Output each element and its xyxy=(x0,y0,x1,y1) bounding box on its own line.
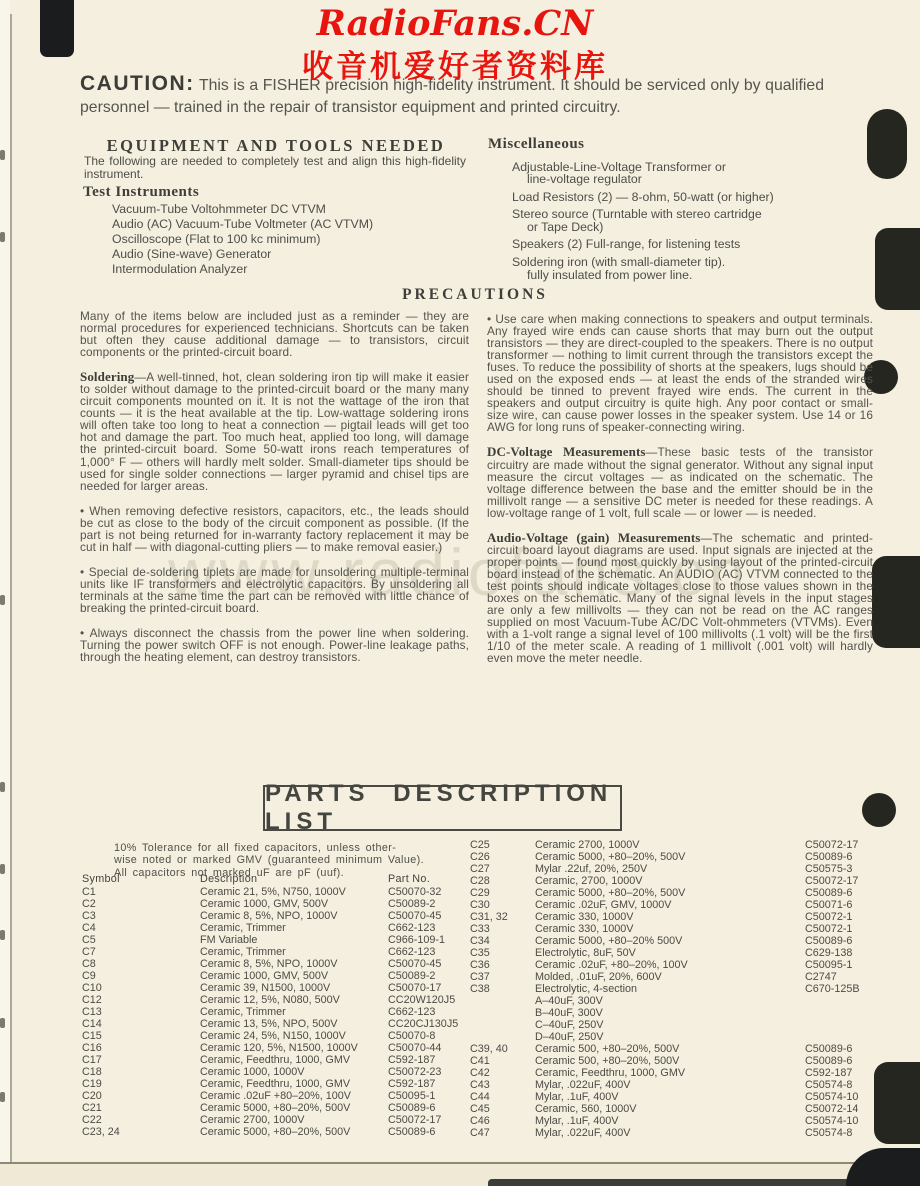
part-description: Ceramic 330, 1000V xyxy=(535,911,805,923)
part-description: Mylar, .1uF, 400V xyxy=(535,1115,805,1127)
part-number: C629-138 xyxy=(805,947,874,959)
part-number: C592-187 xyxy=(388,1078,470,1090)
part-number xyxy=(805,995,874,1007)
part-symbol: C10 xyxy=(82,982,200,994)
part-description: Ceramic 21, 5%, N750, 1000V xyxy=(200,886,388,898)
part-description: Mylar, .1uF, 400V xyxy=(535,1091,805,1103)
part-symbol: C45 xyxy=(470,1103,535,1115)
test-instrument-item: Vacuum-Tube Voltohmmeter DC VTVM xyxy=(112,202,462,217)
precaution-paragraph: DC-Voltage Measurements—These basic test… xyxy=(487,446,873,518)
part-number: C50089-2 xyxy=(388,898,470,910)
part-number: C50095-1 xyxy=(805,959,874,971)
part-description: Ceramic, Feedthru, 1000, GMV xyxy=(535,1067,805,1079)
paragraph-text: • Special de-soldering tiplets are made … xyxy=(80,565,469,615)
part-description: Ceramic 1000, 1000V xyxy=(200,1066,388,1078)
binder-mark-right-2 xyxy=(875,228,920,310)
part-description: Ceramic 330, 1000V xyxy=(535,923,805,935)
part-symbol: C39, 40 xyxy=(470,1043,535,1055)
parts-row: C36 Ceramic .02uF, +80–20%, 100V C50095-… xyxy=(470,959,874,971)
parts-row: B–40uF, 300V xyxy=(470,1007,874,1019)
paragraph-text: Many of the items below are included jus… xyxy=(80,309,469,359)
part-symbol: C7 xyxy=(82,946,200,958)
precaution-paragraph: Many of the items below are included jus… xyxy=(80,310,469,358)
paragraph-text: —These basic tests of the transistor cir… xyxy=(487,445,873,519)
part-description: Ceramic 2700, 1000V xyxy=(535,839,805,851)
part-number: C662-123 xyxy=(388,922,470,934)
part-symbol: C13 xyxy=(82,1006,200,1018)
part-description: Ceramic 24, 5%, N150, 1000V xyxy=(200,1030,388,1042)
parts-row: C46 Mylar, .1uF, 400V C50574-10 xyxy=(470,1115,874,1127)
part-description: Ceramic .02uF +80–20%, 100V xyxy=(200,1090,388,1102)
scan-edge-mark xyxy=(0,1018,5,1028)
part-number: C50575-3 xyxy=(805,863,874,875)
part-number: C50089-6 xyxy=(805,887,874,899)
part-description: Ceramic, Trimmer xyxy=(200,1006,388,1018)
miscellaneous-list: Adjustable-Line-Voltage Transformer orli… xyxy=(512,156,878,281)
parts-row: C22 Ceramic 2700, 1000V C50072-17 xyxy=(82,1114,470,1126)
caution-paragraph: CAUTION: This is a FISHER precision high… xyxy=(80,73,824,118)
parts-row: C38 Electrolytic, 4-section C670-125B xyxy=(470,983,874,995)
part-number: C50070-45 xyxy=(388,958,470,970)
paragraph-text: —The schematic and printed-circuit board… xyxy=(487,531,873,665)
part-symbol: C1 xyxy=(82,886,200,898)
parts-row: C–40uF, 250V xyxy=(470,1019,874,1031)
part-description: Ceramic 5000, +80–20%, 500V xyxy=(535,887,805,899)
parts-row: C37 Molded, .01uF, 20%, 600V C2747 xyxy=(470,971,874,983)
parts-row: C44 Mylar, .1uF, 400V C50574-10 xyxy=(470,1091,874,1103)
precaution-paragraph: • When removing defective resistors, cap… xyxy=(80,505,469,553)
parts-row: C17 Ceramic, Feedthru, 1000, GMV C592-18… xyxy=(82,1054,470,1066)
part-number: C50070-8 xyxy=(388,1030,470,1042)
page-left-edge-line xyxy=(10,14,12,1162)
parts-row: C35 Electrolytic, 8uF, 50V C629-138 xyxy=(470,947,874,959)
parts-row: C27 Mylar .22uf, 20%, 250V C50575-3 xyxy=(470,863,874,875)
part-symbol: C14 xyxy=(82,1018,200,1030)
part-symbol: C5 xyxy=(82,934,200,946)
part-symbol: C37 xyxy=(470,971,535,983)
part-symbol: C8 xyxy=(82,958,200,970)
part-description: Ceramic .02uF, GMV, 1000V xyxy=(535,899,805,911)
parts-row: C19 Ceramic, Feedthru, 1000, GMV C592-18… xyxy=(82,1078,470,1090)
part-number: C50574-8 xyxy=(805,1079,874,1091)
part-symbol: C18 xyxy=(82,1066,200,1078)
part-number: C50071-6 xyxy=(805,899,874,911)
miscellaneous-item: line-voltage regulator xyxy=(512,173,878,186)
part-description: Mylar, .022uF, 400V xyxy=(535,1079,805,1091)
test-instruments-title: Test Instruments xyxy=(83,184,199,201)
part-symbol: C41 xyxy=(470,1055,535,1067)
part-symbol xyxy=(470,1007,535,1019)
part-symbol: C20 xyxy=(82,1090,200,1102)
header-description: Description xyxy=(200,873,388,885)
test-instruments-list: Vacuum-Tube Voltohmmeter DC VTVMAudio (A… xyxy=(112,202,462,277)
part-description: Ceramic 8, 5%, NPO, 1000V xyxy=(200,910,388,922)
parts-row: C5 FM Variable C966-109-1 xyxy=(82,934,470,946)
part-number: CC20CJ130J5 xyxy=(388,1018,470,1030)
part-number: C50089-6 xyxy=(805,935,874,947)
part-number: C2747 xyxy=(805,971,874,983)
parts-row: A–40uF, 300V xyxy=(470,995,874,1007)
parts-note-line: wise noted or marked GMV (guaranteed min… xyxy=(114,854,424,866)
binder-mark-bottom-right xyxy=(846,1148,920,1186)
part-symbol: C44 xyxy=(470,1091,535,1103)
parts-row: C42 Ceramic, Feedthru, 1000, GMV C592-18… xyxy=(470,1067,874,1079)
part-description: Ceramic 12, 5%, N080, 500V xyxy=(200,994,388,1006)
miscellaneous-item: Speakers (2) Full-range, for listening t… xyxy=(512,238,878,251)
part-number: C50095-1 xyxy=(388,1090,470,1102)
parts-row: C34 Ceramic 5000, +80–20% 500V C50089-6 xyxy=(470,935,874,947)
part-number: C50574-8 xyxy=(805,1127,874,1139)
parts-row: C30 Ceramic .02uF, GMV, 1000V C50071-6 xyxy=(470,899,874,911)
part-description: Ceramic, Trimmer xyxy=(200,946,388,958)
part-symbol: C36 xyxy=(470,959,535,971)
test-instrument-item: Audio (Sine-wave) Generator xyxy=(112,247,462,262)
parts-row: C7 Ceramic, Trimmer C662-123 xyxy=(82,946,470,958)
test-instrument-item: Audio (AC) Vacuum-Tube Voltmeter (AC VTV… xyxy=(112,217,462,232)
part-description: Ceramic 1000, GMV, 500V xyxy=(200,970,388,982)
binder-mark-right-6 xyxy=(874,1062,920,1144)
part-symbol: C35 xyxy=(470,947,535,959)
part-number: C50070-17 xyxy=(388,982,470,994)
part-description: Molded, .01uF, 20%, 600V xyxy=(535,971,805,983)
miscellaneous-item: Soldering iron (with small-diameter tip)… xyxy=(512,256,878,269)
part-number: C50574-10 xyxy=(805,1115,874,1127)
part-description: Ceramic 5000, +80–20%, 500V xyxy=(535,851,805,863)
part-number: C50072-1 xyxy=(805,911,874,923)
test-instrument-item: Oscilloscope (Flat to 100 kc minimum) xyxy=(112,232,462,247)
part-description: Ceramic 39, N1500, 1000V xyxy=(200,982,388,994)
equipment-intro: The following are needed to completely t… xyxy=(84,155,466,181)
parts-row: C9 Ceramic 1000, GMV, 500V C50089-2 xyxy=(82,970,470,982)
part-symbol: C4 xyxy=(82,922,200,934)
part-number: C50089-6 xyxy=(805,1043,874,1055)
parts-row: C41 Ceramic 500, +80–20%, 500V C50089-6 xyxy=(470,1055,874,1067)
parts-row: C3 Ceramic 8, 5%, NPO, 1000V C50070-45 xyxy=(82,910,470,922)
parts-row: C18 Ceramic 1000, 1000V C50072-23 xyxy=(82,1066,470,1078)
part-description: Ceramic, Trimmer xyxy=(200,922,388,934)
part-description: Mylar, .022uF, 400V xyxy=(535,1127,805,1139)
part-description: Ceramic, Feedthru, 1000, GMV xyxy=(200,1078,388,1090)
binder-hole-right-5 xyxy=(862,793,896,827)
parts-row: C13 Ceramic, Trimmer C662-123 xyxy=(82,1006,470,1018)
precaution-paragraph: Audio-Voltage (gain) Measurements—The sc… xyxy=(487,532,873,665)
precautions-right-column: • Use care when making connections to sp… xyxy=(487,313,873,677)
part-number: CC20W120J5 xyxy=(388,994,470,1006)
part-symbol xyxy=(470,1019,535,1031)
part-description: Mylar .22uf, 20%, 250V xyxy=(535,863,805,875)
part-description: C–40uF, 250V xyxy=(535,1019,805,1031)
part-number: C50089-6 xyxy=(805,851,874,863)
test-instrument-item: Intermodulation Analyzer xyxy=(112,262,462,277)
parts-row: C16 Ceramic 120, 5%, N1500, 1000V C50070… xyxy=(82,1042,470,1054)
part-number: C50089-6 xyxy=(388,1102,470,1114)
part-symbol: C9 xyxy=(82,970,200,982)
parts-row: C4 Ceramic, Trimmer C662-123 xyxy=(82,922,470,934)
parts-row: C31, 32 Ceramic 330, 1000V C50072-1 xyxy=(470,911,874,923)
part-description: Ceramic, Feedthru, 1000, GMV xyxy=(200,1054,388,1066)
paragraph-text: —A well-tinned, hot, clean soldering iro… xyxy=(80,370,469,492)
part-number: C50072-17 xyxy=(388,1114,470,1126)
part-symbol: C2 xyxy=(82,898,200,910)
part-description: Ceramic, 2700, 1000V xyxy=(535,875,805,887)
part-description: Ceramic 2700, 1000V xyxy=(200,1114,388,1126)
parts-table-header: Symbol Description Part No. xyxy=(82,873,470,885)
part-number: C50072-1 xyxy=(805,923,874,935)
part-symbol: C28 xyxy=(470,875,535,887)
parts-row: C20 Ceramic .02uF +80–20%, 100V C50095-1 xyxy=(82,1090,470,1102)
parts-row: C33 Ceramic 330, 1000V C50072-1 xyxy=(470,923,874,935)
miscellaneous-item: or Tape Deck) xyxy=(512,221,878,234)
part-description: Ceramic 8, 5%, NPO, 1000V xyxy=(200,958,388,970)
parts-row: C21 Ceramic 5000, +80–20%, 500V C50089-6 xyxy=(82,1102,470,1114)
part-symbol: C25 xyxy=(470,839,535,851)
parts-row: C39, 40 Ceramic 500, +80–20%, 500V C5008… xyxy=(470,1043,874,1055)
part-symbol: C17 xyxy=(82,1054,200,1066)
part-symbol: C31, 32 xyxy=(470,911,535,923)
part-number: C592-187 xyxy=(388,1054,470,1066)
part-number: C50072-17 xyxy=(805,875,874,887)
parts-row: C2 Ceramic 1000, GMV, 500V C50089-2 xyxy=(82,898,470,910)
part-description: Electrolytic, 8uF, 50V xyxy=(535,947,805,959)
caution-label: CAUTION: xyxy=(80,72,195,95)
part-number: C50089-6 xyxy=(805,1055,874,1067)
part-symbol: C22 xyxy=(82,1114,200,1126)
part-symbol: C23, 24 xyxy=(82,1126,200,1138)
parts-list-title: PARTS DESCRIPTION LIST xyxy=(265,780,620,836)
miscellaneous-item: fully insulated from power line. xyxy=(512,269,878,282)
part-description: D–40uF, 250V xyxy=(535,1031,805,1043)
scanned-manual-page: www.radiofans.cn RadioFans.CN 收音机爱好者资料库 … xyxy=(0,0,920,1186)
scan-edge-mark xyxy=(0,150,5,160)
miscellaneous-title: Miscellaneous xyxy=(488,136,585,153)
part-number: C50070-44 xyxy=(388,1042,470,1054)
watermark-site-title: RadioFans.CN xyxy=(0,3,910,44)
part-number xyxy=(805,1007,874,1019)
part-symbol: C26 xyxy=(470,851,535,863)
part-number xyxy=(805,1019,874,1031)
part-number: C50072-23 xyxy=(388,1066,470,1078)
part-symbol: C33 xyxy=(470,923,535,935)
part-number: C50089-2 xyxy=(388,970,470,982)
part-description: Ceramic 500, +80–20%, 500V xyxy=(535,1055,805,1067)
part-description: Ceramic 5000, +80–20%, 500V xyxy=(200,1102,388,1114)
header-part-no: Part No. xyxy=(388,873,470,885)
precautions-title: PRECAUTIONS xyxy=(80,286,870,304)
part-number: C662-123 xyxy=(388,946,470,958)
parts-row: D–40uF, 250V xyxy=(470,1031,874,1043)
part-number: C966-109-1 xyxy=(388,934,470,946)
parts-list-title-box: PARTS DESCRIPTION LIST xyxy=(263,785,622,831)
part-symbol: C38 xyxy=(470,983,535,995)
part-symbol: C42 xyxy=(470,1067,535,1079)
paragraph-text: • When removing defective resistors, cap… xyxy=(80,504,469,554)
precaution-paragraph: Soldering—A well-tinned, hot, clean sold… xyxy=(80,371,469,491)
part-description: Ceramic 120, 5%, N1500, 1000V xyxy=(200,1042,388,1054)
part-description: Ceramic 5000, +80–20% 500V xyxy=(535,935,805,947)
part-symbol: C47 xyxy=(470,1127,535,1139)
parts-row: C12 Ceramic 12, 5%, N080, 500V CC20W120J… xyxy=(82,994,470,1006)
precaution-paragraph: • Use care when making connections to sp… xyxy=(487,313,873,433)
parts-row: C14 Ceramic 13, 5%, NPO, 500V CC20CJ130J… xyxy=(82,1018,470,1030)
parts-note-line: 10% Tolerance for all fixed capacitors, … xyxy=(114,842,424,854)
scan-edge-mark xyxy=(0,1092,5,1102)
part-description: Electrolytic, 4-section xyxy=(535,983,805,995)
parts-row: C28 Ceramic, 2700, 1000V C50072-17 xyxy=(470,875,874,887)
part-symbol: C3 xyxy=(82,910,200,922)
part-symbol: C29 xyxy=(470,887,535,899)
binder-mark-right-4 xyxy=(872,556,920,648)
part-description: Ceramic .02uF, +80–20%, 100V xyxy=(535,959,805,971)
part-description: FM Variable xyxy=(200,934,388,946)
part-number: C670-125B xyxy=(805,983,874,995)
part-number: C662-123 xyxy=(388,1006,470,1018)
parts-row: C1 Ceramic 21, 5%, N750, 1000V C50070-32 xyxy=(82,886,470,898)
parts-row: C26 Ceramic 5000, +80–20%, 500V C50089-6 xyxy=(470,851,874,863)
equipment-section-title: EQUIPMENT AND TOOLS NEEDED xyxy=(80,136,472,156)
header-symbol: Symbol xyxy=(82,873,200,885)
parts-row: C10 Ceramic 39, N1500, 1000V C50070-17 xyxy=(82,982,470,994)
part-description: Ceramic 13, 5%, NPO, 500V xyxy=(200,1018,388,1030)
miscellaneous-item: Load Resistors (2) — 8-ohm, 50-watt (or … xyxy=(512,191,878,204)
part-description: Ceramic 5000, +80–20%, 500V xyxy=(200,1126,388,1138)
parts-row: C23, 24 Ceramic 5000, +80–20%, 500V C500… xyxy=(82,1126,470,1138)
parts-row: C25 Ceramic 2700, 1000V C50072-17 xyxy=(470,839,874,851)
part-number: C50072-17 xyxy=(805,839,874,851)
part-number xyxy=(805,1031,874,1043)
scan-edge-mark xyxy=(0,864,5,874)
precaution-paragraph: • Special de-soldering tiplets are made … xyxy=(80,566,469,614)
parts-row: C43 Mylar, .022uF, 400V C50574-8 xyxy=(470,1079,874,1091)
parts-table-right: C25 Ceramic 2700, 1000V C50072-17 C26 Ce… xyxy=(470,839,874,1139)
parts-row: C8 Ceramic 8, 5%, NPO, 1000V C50070-45 xyxy=(82,958,470,970)
paragraph-text: • Use care when making connections to sp… xyxy=(487,312,873,434)
part-symbol: C43 xyxy=(470,1079,535,1091)
part-symbol: C27 xyxy=(470,863,535,875)
parts-row: C29 Ceramic 5000, +80–20%, 500V C50089-6 xyxy=(470,887,874,899)
part-symbol: C15 xyxy=(82,1030,200,1042)
scan-edge-mark xyxy=(0,930,5,940)
part-symbol xyxy=(470,995,535,1007)
part-symbol: C19 xyxy=(82,1078,200,1090)
part-number: C50072-14 xyxy=(805,1103,874,1115)
part-description: Ceramic 500, +80–20%, 500V xyxy=(535,1043,805,1055)
scan-edge-mark xyxy=(0,782,5,792)
part-number: C592-187 xyxy=(805,1067,874,1079)
part-symbol xyxy=(470,1031,535,1043)
parts-row: C45 Ceramic, 560, 1000V C50072-14 xyxy=(470,1103,874,1115)
part-symbol: C21 xyxy=(82,1102,200,1114)
paragraph-text: • Always disconnect the chassis from the… xyxy=(80,626,469,664)
part-number: C50574-10 xyxy=(805,1091,874,1103)
parts-table-left: C1 Ceramic 21, 5%, N750, 1000V C50070-32… xyxy=(82,886,470,1138)
part-symbol: C30 xyxy=(470,899,535,911)
part-number: C50070-32 xyxy=(388,886,470,898)
scan-edge-mark xyxy=(0,232,5,242)
part-symbol: C16 xyxy=(82,1042,200,1054)
part-number: C50070-45 xyxy=(388,910,470,922)
part-symbol: C12 xyxy=(82,994,200,1006)
part-description: B–40uF, 300V xyxy=(535,1007,805,1019)
part-description: Ceramic, 560, 1000V xyxy=(535,1103,805,1115)
scan-edge-mark xyxy=(0,595,5,605)
parts-row: C47 Mylar, .022uF, 400V C50574-8 xyxy=(470,1127,874,1139)
part-number: C50089-6 xyxy=(388,1126,470,1138)
part-symbol: C34 xyxy=(470,935,535,947)
part-description: Ceramic 1000, GMV, 500V xyxy=(200,898,388,910)
parts-row: C15 Ceramic 24, 5%, N150, 1000V C50070-8 xyxy=(82,1030,470,1042)
part-description: A–40uF, 300V xyxy=(535,995,805,1007)
precautions-left-column: Many of the items below are included jus… xyxy=(80,310,469,676)
part-symbol: C46 xyxy=(470,1115,535,1127)
precaution-paragraph: • Always disconnect the chassis from the… xyxy=(80,627,469,663)
